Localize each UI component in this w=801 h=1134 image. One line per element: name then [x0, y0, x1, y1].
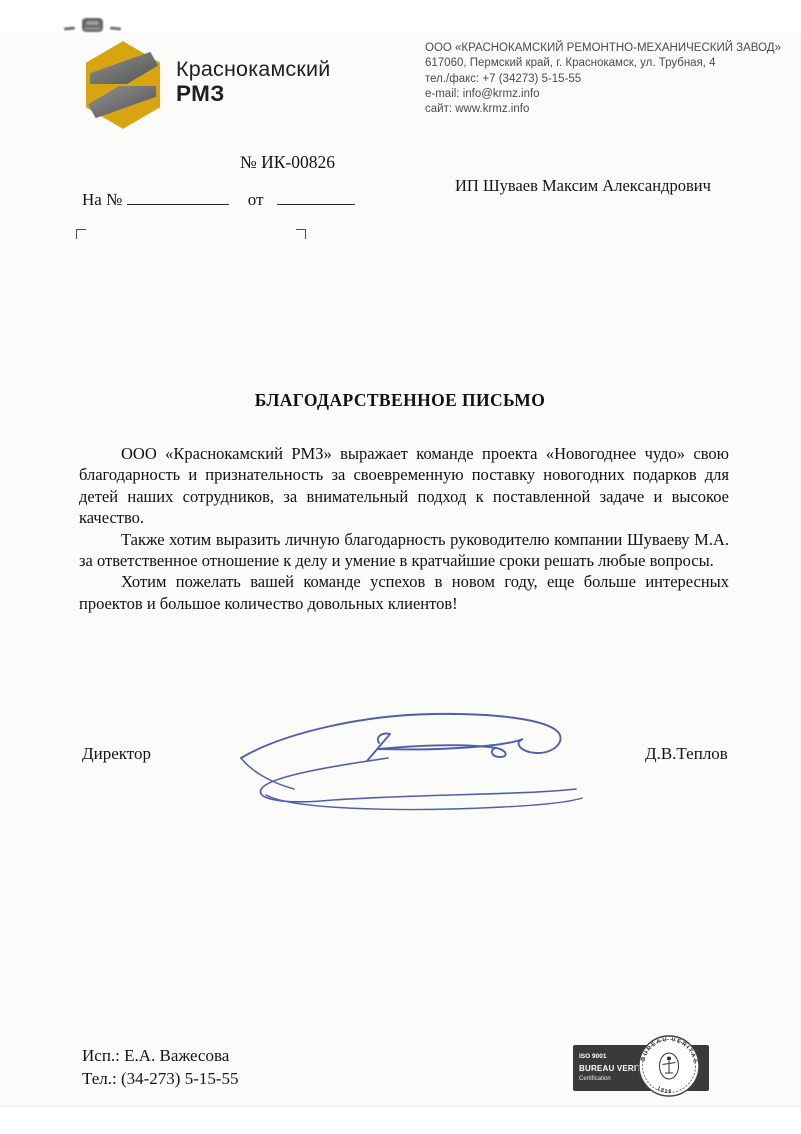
signer-role: Директор	[82, 744, 151, 764]
company-logo-icon	[84, 40, 162, 130]
letterhead-contacts: ООО «КРАСНОКАМСКИЙ РЕМОНТНО-МЕХАНИЧЕСКИЙ…	[425, 41, 785, 117]
signer-name: Д.В.Теплов	[645, 744, 728, 764]
company-logo-wordmark: Краснокамский РМЗ	[176, 57, 330, 106]
company-name: ООО «КРАСНОКАМСКИЙ РЕМОНТНО-МЕХАНИЧЕСКИЙ…	[425, 41, 785, 56]
bureau-veritas-logo: ISO 9001 BUREAU VERITAS Certification BU…	[566, 1030, 738, 1105]
executor-block: Исп.: Е.А. Важесова Тел.: (34-273) 5-15-…	[82, 1045, 239, 1090]
ot-label: от	[248, 190, 264, 209]
iso-label: ISO 9001	[579, 1053, 607, 1060]
company-email: e-mail: info@krmz.info	[425, 87, 785, 102]
bv-sub-label: Certification	[579, 1076, 611, 1082]
scan-artifact	[64, 16, 121, 32]
reference-line: На № от	[82, 190, 355, 210]
address-corner-mark-left	[76, 229, 86, 239]
scan-smudge	[64, 26, 75, 30]
logo-name-line1: Краснокамский	[176, 57, 330, 81]
company-website: сайт: www.krmz.info	[425, 102, 785, 117]
recipient-name: ИП Шуваев Максим Александрович	[455, 176, 711, 196]
document-number: № ИК-00826	[240, 152, 335, 173]
incoming-number-blank	[127, 190, 229, 205]
paragraph: ООО «Краснокамский РМЗ» выражает команде…	[79, 443, 729, 529]
address-corner-mark-right	[296, 229, 306, 239]
executor-phone: Тел.: (34-273) 5-15-55	[82, 1068, 239, 1091]
logo-name-line2: РМЗ	[176, 81, 330, 106]
na-label: На №	[82, 190, 122, 209]
executor-name: Исп.: Е.А. Важесова	[82, 1045, 239, 1068]
letter-body: ООО «Краснокамский РМЗ» выражает команде…	[79, 443, 729, 614]
handwritten-signature	[238, 695, 583, 825]
incoming-date-blank	[277, 190, 355, 205]
scan-stamp-remnant	[82, 18, 103, 32]
letter-title: БЛАГОДАРСТВЕННОЕ ПИСЬМО	[80, 390, 720, 411]
company-address: 617060, Пермский край, г. Краснокамск, у…	[425, 56, 785, 71]
paragraph: Хотим пожелать вашей команде успехов в н…	[79, 571, 729, 614]
scan-smudge	[110, 26, 121, 30]
paragraph: Также хотим выразить личную благодарност…	[79, 529, 729, 572]
company-phone: тел./факс: +7 (34273) 5-15-55	[425, 72, 785, 87]
